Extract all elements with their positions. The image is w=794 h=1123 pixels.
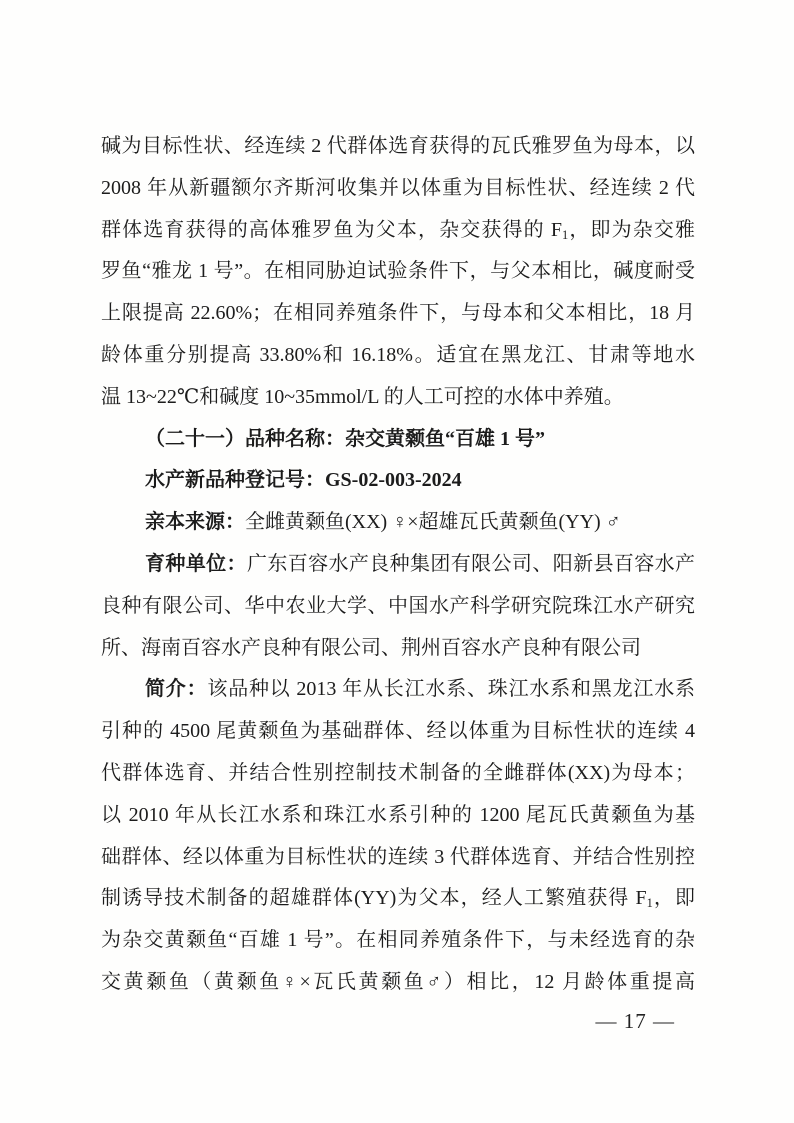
label-run: （二十一）品种名称：杂交黄颡鱼“百雄 1 号”: [145, 428, 545, 450]
yaluoyu-paragraph-line-7: 温 13~22℃和碱度 10~35mmol/L 的人工可控的水体中养殖。: [101, 377, 695, 419]
text-run: 引种的 4500 尾黄颡鱼为基础群体、经以体重为目标性状的连续 4: [101, 720, 695, 742]
yaluoyu-paragraph-line-5: 上限提高 22.60%；在相同养殖条件下，与母本和父本相比，18 月: [101, 293, 695, 335]
text-run: 碱为目标性状、经连续 2 代群体选育获得的瓦氏雅罗鱼为母本，以: [101, 135, 695, 157]
document-page: 碱为目标性状、经连续 2 代群体选育获得的瓦氏雅罗鱼为母本，以2008 年从新疆…: [0, 0, 794, 1123]
text-run: 制诱导技术制备的超雄群体(YY)为父本，经人工繁殖获得 F: [101, 887, 647, 909]
introduction-line-6: 制诱导技术制备的超雄群体(YY)为父本，经人工繁殖获得 F1，即: [101, 878, 695, 920]
yaluoyu-paragraph-line-3: 群体选育获得的高体雅罗鱼为父本，杂交获得的 F1，即为杂交雅: [101, 210, 695, 252]
text-run: 良种有限公司、华中农业大学、中国水产科学研究院珠江水产研究: [101, 595, 695, 617]
yaluoyu-paragraph-line-2: 2008 年从新疆额尔齐斯河收集并以体重为目标性状、经连续 2 代: [101, 168, 695, 210]
text-run: 全雌黄颡鱼(XX) ♀×超雄瓦氏黄颡鱼(YY) ♂: [245, 511, 621, 533]
text-run: 础群体、经以体重为目标性状的连续 3 代群体选育、并结合性别控: [101, 846, 695, 868]
yaluoyu-paragraph-line-6: 龄体重分别提高 33.80%和 16.18%。适宜在黑龙江、甘肃等地水: [101, 335, 695, 377]
text-run: 龄体重分别提高 33.80%和 16.18%。适宜在黑龙江、甘肃等地水: [101, 344, 695, 366]
text-run: 代群体选育、并结合性别控制技术制备的全雌群体(XX)为母本；: [101, 762, 695, 784]
text-run: 所、海南百容水产良种有限公司、荆州百容水产良种有限公司: [101, 637, 641, 659]
breeder-units-line-2: 良种有限公司、华中农业大学、中国水产科学研究院珠江水产研究: [101, 586, 695, 628]
text-run: ，即为杂交雅: [568, 219, 695, 241]
text-run: ，即: [653, 887, 695, 909]
label-run: 亲本来源：: [145, 511, 245, 533]
text-run: 群体选育获得的高体雅罗鱼为父本，杂交获得的 F: [101, 219, 562, 241]
text-run: 该品种以 2013 年从长江水系、珠江水系和黑龙江水系: [207, 678, 695, 700]
text-run: 为杂交黄颡鱼“百雄 1 号”。在相同养殖条件下，与未经选育的杂: [101, 929, 695, 951]
label-run: 简介：: [145, 678, 207, 700]
parent-source-line: 亲本来源：全雌黄颡鱼(XX) ♀×超雄瓦氏黄颡鱼(YY) ♂: [101, 502, 695, 544]
breeder-units-line-3: 所、海南百容水产良种有限公司、荆州百容水产良种有限公司: [101, 628, 695, 670]
text-run: 上限提高 22.60%；在相同养殖条件下，与母本和父本相比，18 月: [101, 302, 695, 324]
text-run: 2008 年从新疆额尔齐斯河收集并以体重为目标性状、经连续 2 代: [101, 177, 695, 199]
yaluoyu-paragraph-line-1: 碱为目标性状、经连续 2 代群体选育获得的瓦氏雅罗鱼为母本，以: [101, 126, 695, 168]
label-run: 育种单位：: [145, 553, 247, 575]
breeder-units-line-1: 育种单位：广东百容水产良种集团有限公司、阳新县百容水产: [101, 544, 695, 586]
label-run: GS-02-003-2024: [325, 469, 462, 491]
introduction-line-8: 交黄颡鱼（黄颡鱼♀×瓦氏黄颡鱼♂）相比，12 月龄体重提高: [101, 962, 695, 1004]
introduction-line-5: 础群体、经以体重为目标性状的连续 3 代群体选育、并结合性别控: [101, 837, 695, 879]
section-21-heading: （二十一）品种名称：杂交黄颡鱼“百雄 1 号”: [101, 419, 695, 461]
yaluoyu-paragraph-line-4: 罗鱼“雅龙 1 号”。在相同胁迫试验条件下，与父本相比，碱度耐受: [101, 251, 695, 293]
registration-number-line: 水产新品种登记号：GS-02-003-2024: [101, 460, 695, 502]
introduction-line-7: 为杂交黄颡鱼“百雄 1 号”。在相同养殖条件下，与未经选育的杂: [101, 920, 695, 962]
text-run: 罗鱼“雅龙 1 号”。在相同胁迫试验条件下，与父本相比，碱度耐受: [101, 260, 695, 282]
introduction-line-4: 以 2010 年从长江水系和珠江水系引种的 1200 尾瓦氏黄颡鱼为基: [101, 795, 695, 837]
text-run: 交黄颡鱼（黄颡鱼♀×瓦氏黄颡鱼♂）相比，12 月龄体重提高: [101, 971, 695, 993]
text-run: 广东百容水产良种集团有限公司、阳新县百容水产: [247, 553, 695, 575]
text-run: 以 2010 年从长江水系和珠江水系引种的 1200 尾瓦氏黄颡鱼为基: [101, 804, 695, 826]
introduction-line-2: 引种的 4500 尾黄颡鱼为基础群体、经以体重为目标性状的连续 4: [101, 711, 695, 753]
introduction-line-3: 代群体选育、并结合性别控制技术制备的全雌群体(XX)为母本；: [101, 753, 695, 795]
introduction-line-1: 简介：该品种以 2013 年从长江水系、珠江水系和黑龙江水系: [101, 669, 695, 711]
label-run: 水产新品种登记号：: [145, 469, 325, 491]
page-number: — 17 —: [101, 1001, 675, 1043]
document-body: 碱为目标性状、经连续 2 代群体选育获得的瓦氏雅罗鱼为母本，以2008 年从新疆…: [101, 126, 695, 1004]
text-run: 温 13~22℃和碱度 10~35mmol/L 的人工可控的水体中养殖。: [101, 386, 624, 408]
